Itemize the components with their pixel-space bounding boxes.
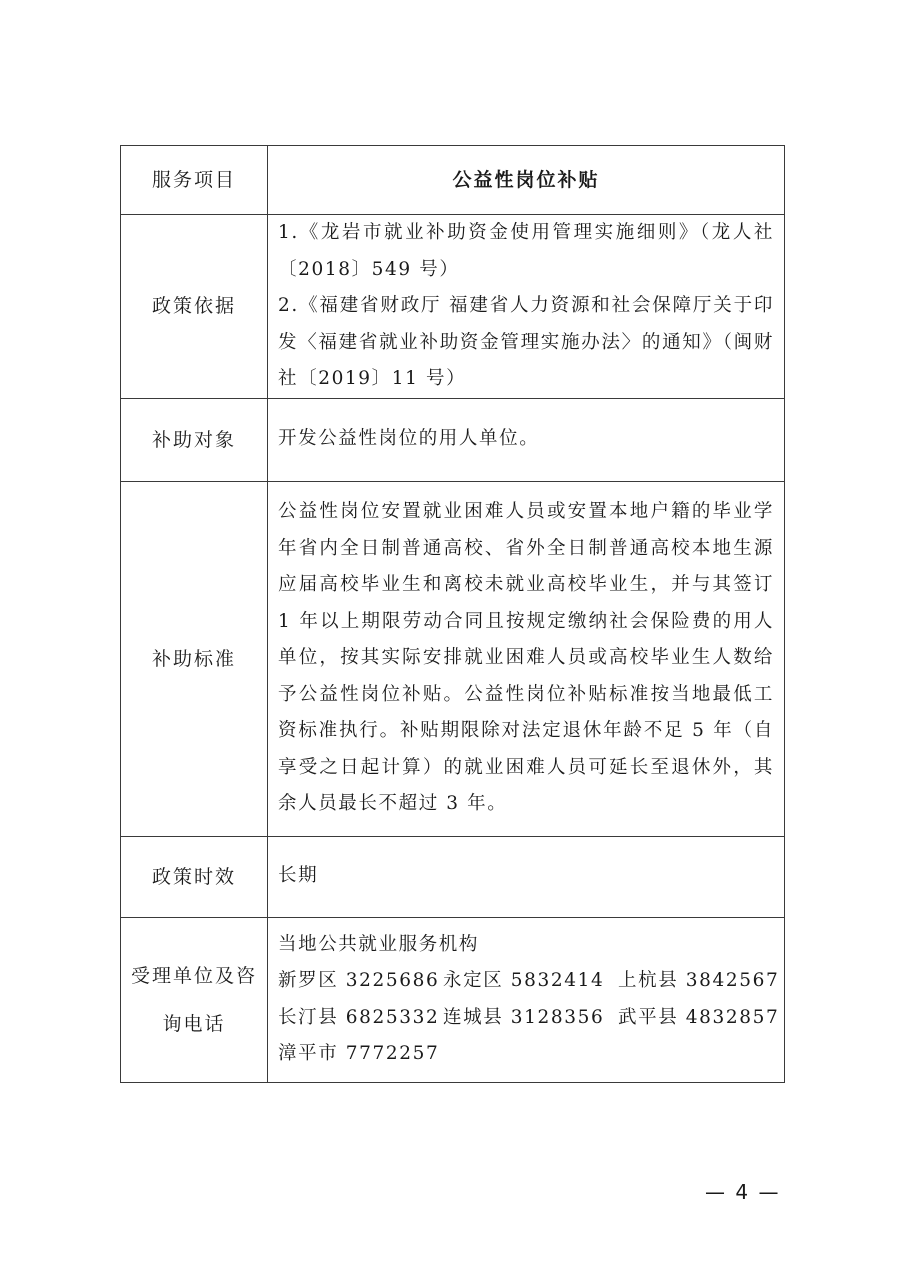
policy-basis-cell: 1.《龙岩市就业补助资金使用管理实施细则》（龙人社〔2018〕549 号） 2.…: [268, 215, 785, 399]
table-row-service-item: 服务项目 公益性岗位补贴: [121, 146, 785, 215]
row-label: 受理单位及咨 询电话: [121, 917, 268, 1082]
table-row-contacts: 受理单位及咨 询电话 当地公共就业服务机构 新罗区 3225686 永定区 58…: [121, 917, 785, 1082]
label-line: 询电话: [121, 1000, 267, 1048]
phone-list: 新罗区 3225686 永定区 5832414 上杭县 3842567 长汀县 …: [278, 963, 774, 1073]
row-label: 政策依据: [121, 215, 268, 399]
subsidy-target-value: 开发公益性岗位的用人单位。: [268, 398, 785, 481]
phone-entry: 永定区 5832414: [443, 963, 618, 1000]
phone-entry: 上杭县 3842567: [618, 963, 788, 1000]
phone-entry: 新罗区 3225686: [278, 963, 443, 1000]
contacts-cell: 当地公共就业服务机构 新罗区 3225686 永定区 5832414 上杭县 3…: [268, 917, 785, 1082]
contacts-heading: 当地公共就业服务机构: [278, 927, 774, 964]
subsidy-standard-value: 公益性岗位安置就业困难人员或安置本地户籍的毕业学年省内全日制普通高校、省外全日制…: [268, 481, 785, 836]
phone-entry: 武平县 4832857: [618, 1000, 788, 1037]
table-row-policy-basis: 政策依据 1.《龙岩市就业补助资金使用管理实施细则》（龙人社〔2018〕549 …: [121, 215, 785, 399]
row-label: 补助对象: [121, 398, 268, 481]
table-row-subsidy-target: 补助对象 开发公益性岗位的用人单位。: [121, 398, 785, 481]
policy-table: 服务项目 公益性岗位补贴 政策依据 1.《龙岩市就业补助资金使用管理实施细则》（…: [120, 145, 785, 1083]
row-label: 政策时效: [121, 836, 268, 917]
service-title: 公益性岗位补贴: [268, 146, 785, 215]
page-number: — 4 —: [705, 1180, 780, 1204]
row-label: 服务项目: [121, 146, 268, 215]
row-label: 补助标准: [121, 481, 268, 836]
policy-validity-value: 长期: [268, 836, 785, 917]
table-row-policy-validity: 政策时效 长期: [121, 836, 785, 917]
policy-basis-item: 1.《龙岩市就业补助资金使用管理实施细则》（龙人社〔2018〕549 号）: [278, 215, 774, 288]
label-line: 受理单位及咨: [121, 952, 267, 1000]
phone-entry: 连城县 3128356: [443, 1000, 618, 1037]
phone-entry: 漳平市 7772257: [278, 1036, 443, 1073]
table-row-subsidy-standard: 补助标准 公益性岗位安置就业困难人员或安置本地户籍的毕业学年省内全日制普通高校、…: [121, 481, 785, 836]
phone-entry: 长汀县 6825332: [278, 1000, 443, 1037]
policy-basis-item: 2.《福建省财政厅 福建省人力资源和社会保障厅关于印发〈福建省就业补助资金管理实…: [278, 288, 774, 398]
